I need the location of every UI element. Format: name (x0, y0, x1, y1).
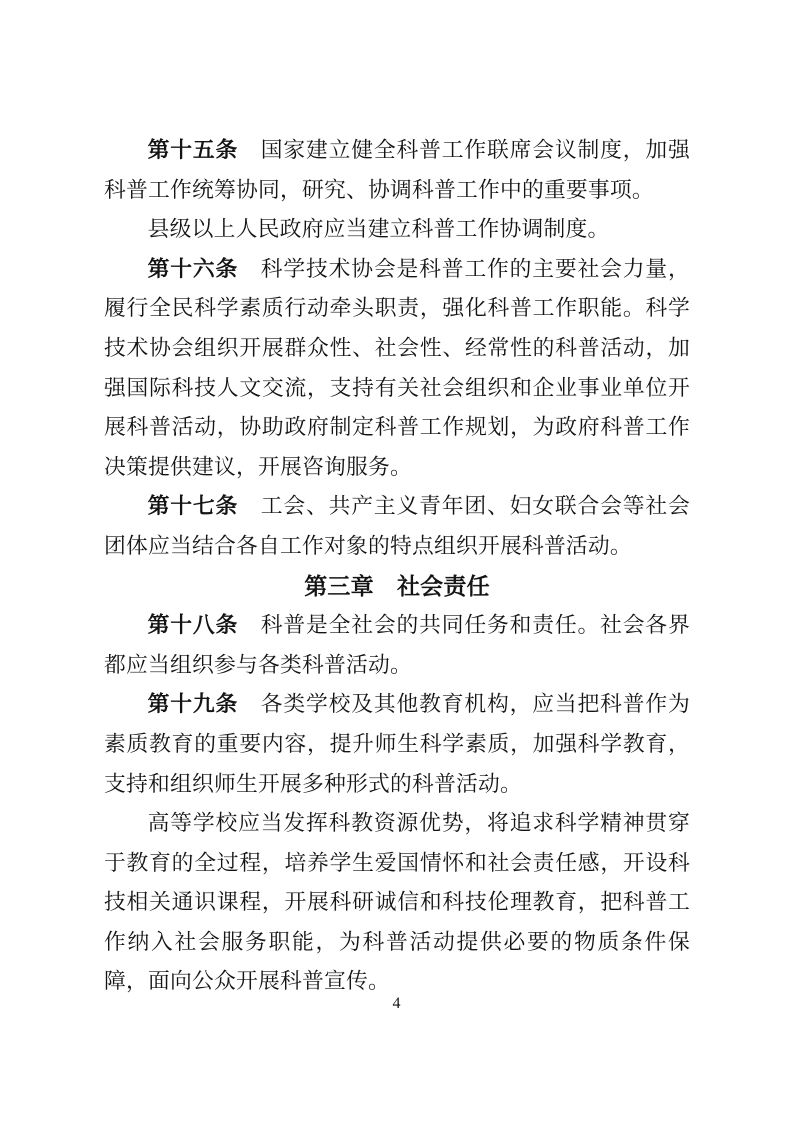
page-number: 4 (0, 994, 793, 1014)
article-number: 第十八条 (148, 613, 239, 637)
paragraph: 县级以上人民政府应当建立科普工作协调制度。 (104, 210, 690, 250)
article-paragraph: 第十六条 科学技术协会是科普工作的主要社会力量，履行全民科学素质行动牵头职责，强… (104, 250, 690, 488)
article-paragraph: 第十五条 国家建立健全科普工作联席会议制度，加强科普工作统筹协同，研究、协调科普… (104, 131, 690, 210)
article-number: 第十七条 (148, 494, 239, 518)
chapter-heading: 第三章 社会责任 (104, 567, 690, 607)
text-body: 第十五条 国家建立健全科普工作联席会议制度，加强科普工作统筹协同，研究、协调科普… (104, 131, 690, 1002)
article-number: 第十五条 (148, 138, 239, 162)
paragraph: 高等学校应当发挥科教资源优势，将追求科学精神贯穿于教育的全过程，培养学生爱国情怀… (104, 804, 690, 1002)
article-number: 第十六条 (148, 257, 239, 281)
document-page: 第十五条 国家建立健全科普工作联席会议制度，加强科普工作统筹协同，研究、协调科普… (0, 0, 793, 1122)
article-paragraph: 第十九条 各类学校及其他教育机构，应当把科普作为素质教育的重要内容，提升师生科学… (104, 685, 690, 804)
article-number: 第十九条 (148, 692, 239, 716)
article-paragraph: 第十七条 工会、共产主义青年团、妇女联合会等社会团体应当结合各自工作对象的特点组… (104, 487, 690, 566)
article-paragraph: 第十八条 科普是全社会的共同任务和责任。社会各界都应当组织参与各类科普活动。 (104, 606, 690, 685)
